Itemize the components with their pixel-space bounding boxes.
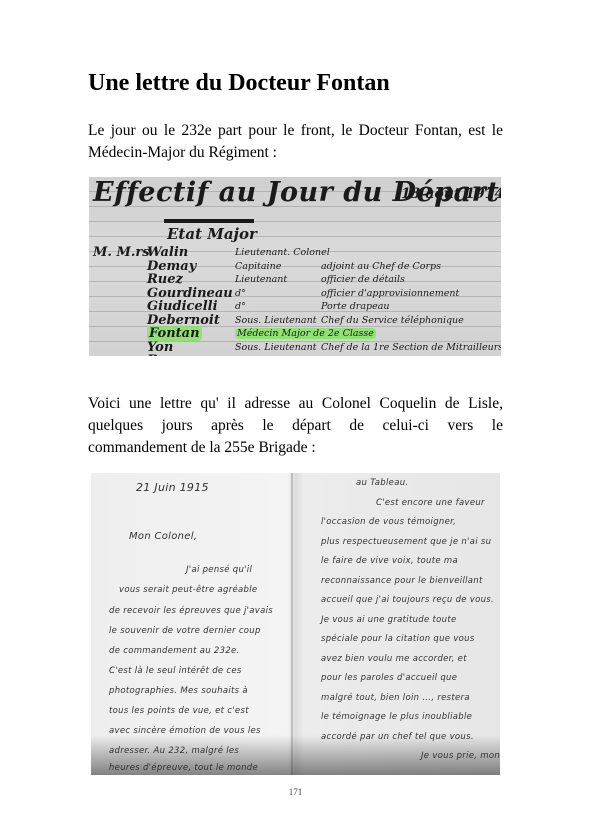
register-role: adjoint au Chef de Corps xyxy=(321,261,441,272)
register-rank: Sergent d° xyxy=(235,355,287,356)
letter-line: Mon Colonel, xyxy=(129,531,197,542)
register-rank: Lieutenant. Colonel xyxy=(235,247,330,258)
letter-line: le témoignage le plus inoubliable xyxy=(321,712,472,722)
register-rank: d° xyxy=(235,301,246,312)
register-role: officier de détails xyxy=(321,274,405,285)
letter-shadow xyxy=(91,735,500,775)
letter-line: spéciale pour la citation que vous xyxy=(321,634,475,644)
register-rank: Sous. Lieutenant xyxy=(235,315,317,326)
register-date: 13 août 1914 xyxy=(401,186,501,202)
register-role: d° 2e d° xyxy=(321,355,360,356)
letter-line: C'est là le seul intérêt de ces xyxy=(109,666,242,676)
page-number: 171 xyxy=(0,787,591,797)
register-rank: Lieutenant xyxy=(235,274,287,285)
letter-line: tous les points de vue, et c'est xyxy=(109,706,249,716)
register-role: Porte drapeau xyxy=(321,301,390,312)
register-underline xyxy=(164,219,254,223)
register-rank: Médecin Major de 2e Classe xyxy=(235,328,376,339)
letter-line: Je vous ai une gratitude toute xyxy=(321,615,457,625)
letter-line: accueil que j'ai toujours reçu de vous. xyxy=(321,595,494,605)
letter-line: le souvenir de votre dernier coup xyxy=(109,626,261,636)
letter-line: 21 Juin 1915 xyxy=(136,481,209,494)
intro-paragraph: Le jour ou le 232e part pour le front, l… xyxy=(88,120,503,164)
letter-line: de recevoir les épreuves que j'avais xyxy=(109,606,273,616)
letter-photo: 21 Juin 1915Mon Colonel,J'ai pensé qu'il… xyxy=(91,473,500,775)
letter-line: pour les paroles d'accueil que xyxy=(321,673,457,683)
register-rank: d° xyxy=(235,288,246,299)
letter-line: malgré tout, bien loin ..., restera xyxy=(321,693,470,703)
letter-line: vous serait peut-être agréable xyxy=(119,585,257,595)
register-row: Giudicellid°Porte drapeau xyxy=(89,299,501,313)
letter-line: reconnaissance pour le bienveillant xyxy=(321,576,483,586)
register-row: DemayCapitaineadjoint au Chef de Corps xyxy=(89,259,501,273)
transition-line: commandement de la 255e Brigade : xyxy=(88,437,503,459)
transition-paragraph: Voici une lettre qu' il adresse au Colon… xyxy=(88,393,503,459)
register-role: Chef du Service téléphonique xyxy=(321,315,464,326)
register-row: BoyauSergent d°d° 2e d° xyxy=(89,353,501,356)
register-role: officier d'approvisionnement xyxy=(321,288,459,299)
letter-line: au Tableau. xyxy=(356,478,408,488)
register-row: M. M.rsWalinLieutenant. Colonel xyxy=(89,245,501,259)
letter-line: J'ai pensé qu'il xyxy=(186,565,252,575)
letter-line: l'occasion de vous témoigner, xyxy=(321,517,456,527)
register-rank: Capitaine xyxy=(235,261,281,272)
page-title: Une lettre du Docteur Fontan xyxy=(88,68,390,98)
register-row: RuezLieutenantofficier de détails xyxy=(89,272,501,286)
transition-line: quelques jours après le départ de celui-… xyxy=(88,415,503,437)
register-row: Gourdineaud°officier d'approvisionnement xyxy=(89,286,501,300)
letter-line: avez bien voulu me accorder, et xyxy=(321,654,467,664)
letter-line: photographies. Mes souhaits à xyxy=(109,686,248,696)
letter-fold xyxy=(291,473,293,775)
register-photo: Effectif au Jour du Départ 13 août 1914 … xyxy=(89,177,501,356)
letter-line: le faire de vive voix, toute ma xyxy=(321,556,458,566)
letter-line: de commandement au 232e. xyxy=(109,646,240,656)
letter-line: C'est encore une faveur xyxy=(376,498,485,508)
register-rank: Sous. Lieutenant xyxy=(235,342,317,353)
register-name: Boyau xyxy=(147,353,192,356)
letter-line: plus respectueusement que je n'ai su xyxy=(321,537,491,547)
register-row: YonSous. LieutenantChef de la 1re Sectio… xyxy=(89,340,501,354)
register-row: FontanMédecin Major de 2e Classe xyxy=(89,326,501,340)
register-role: Chef de la 1re Section de Mitrailleurs xyxy=(321,342,501,353)
transition-line: Voici une lettre qu' il adresse au Colon… xyxy=(88,393,503,415)
register-row: DebernoitSous. LieutenantChef du Service… xyxy=(89,313,501,327)
register-section: Etat Major xyxy=(167,225,257,243)
